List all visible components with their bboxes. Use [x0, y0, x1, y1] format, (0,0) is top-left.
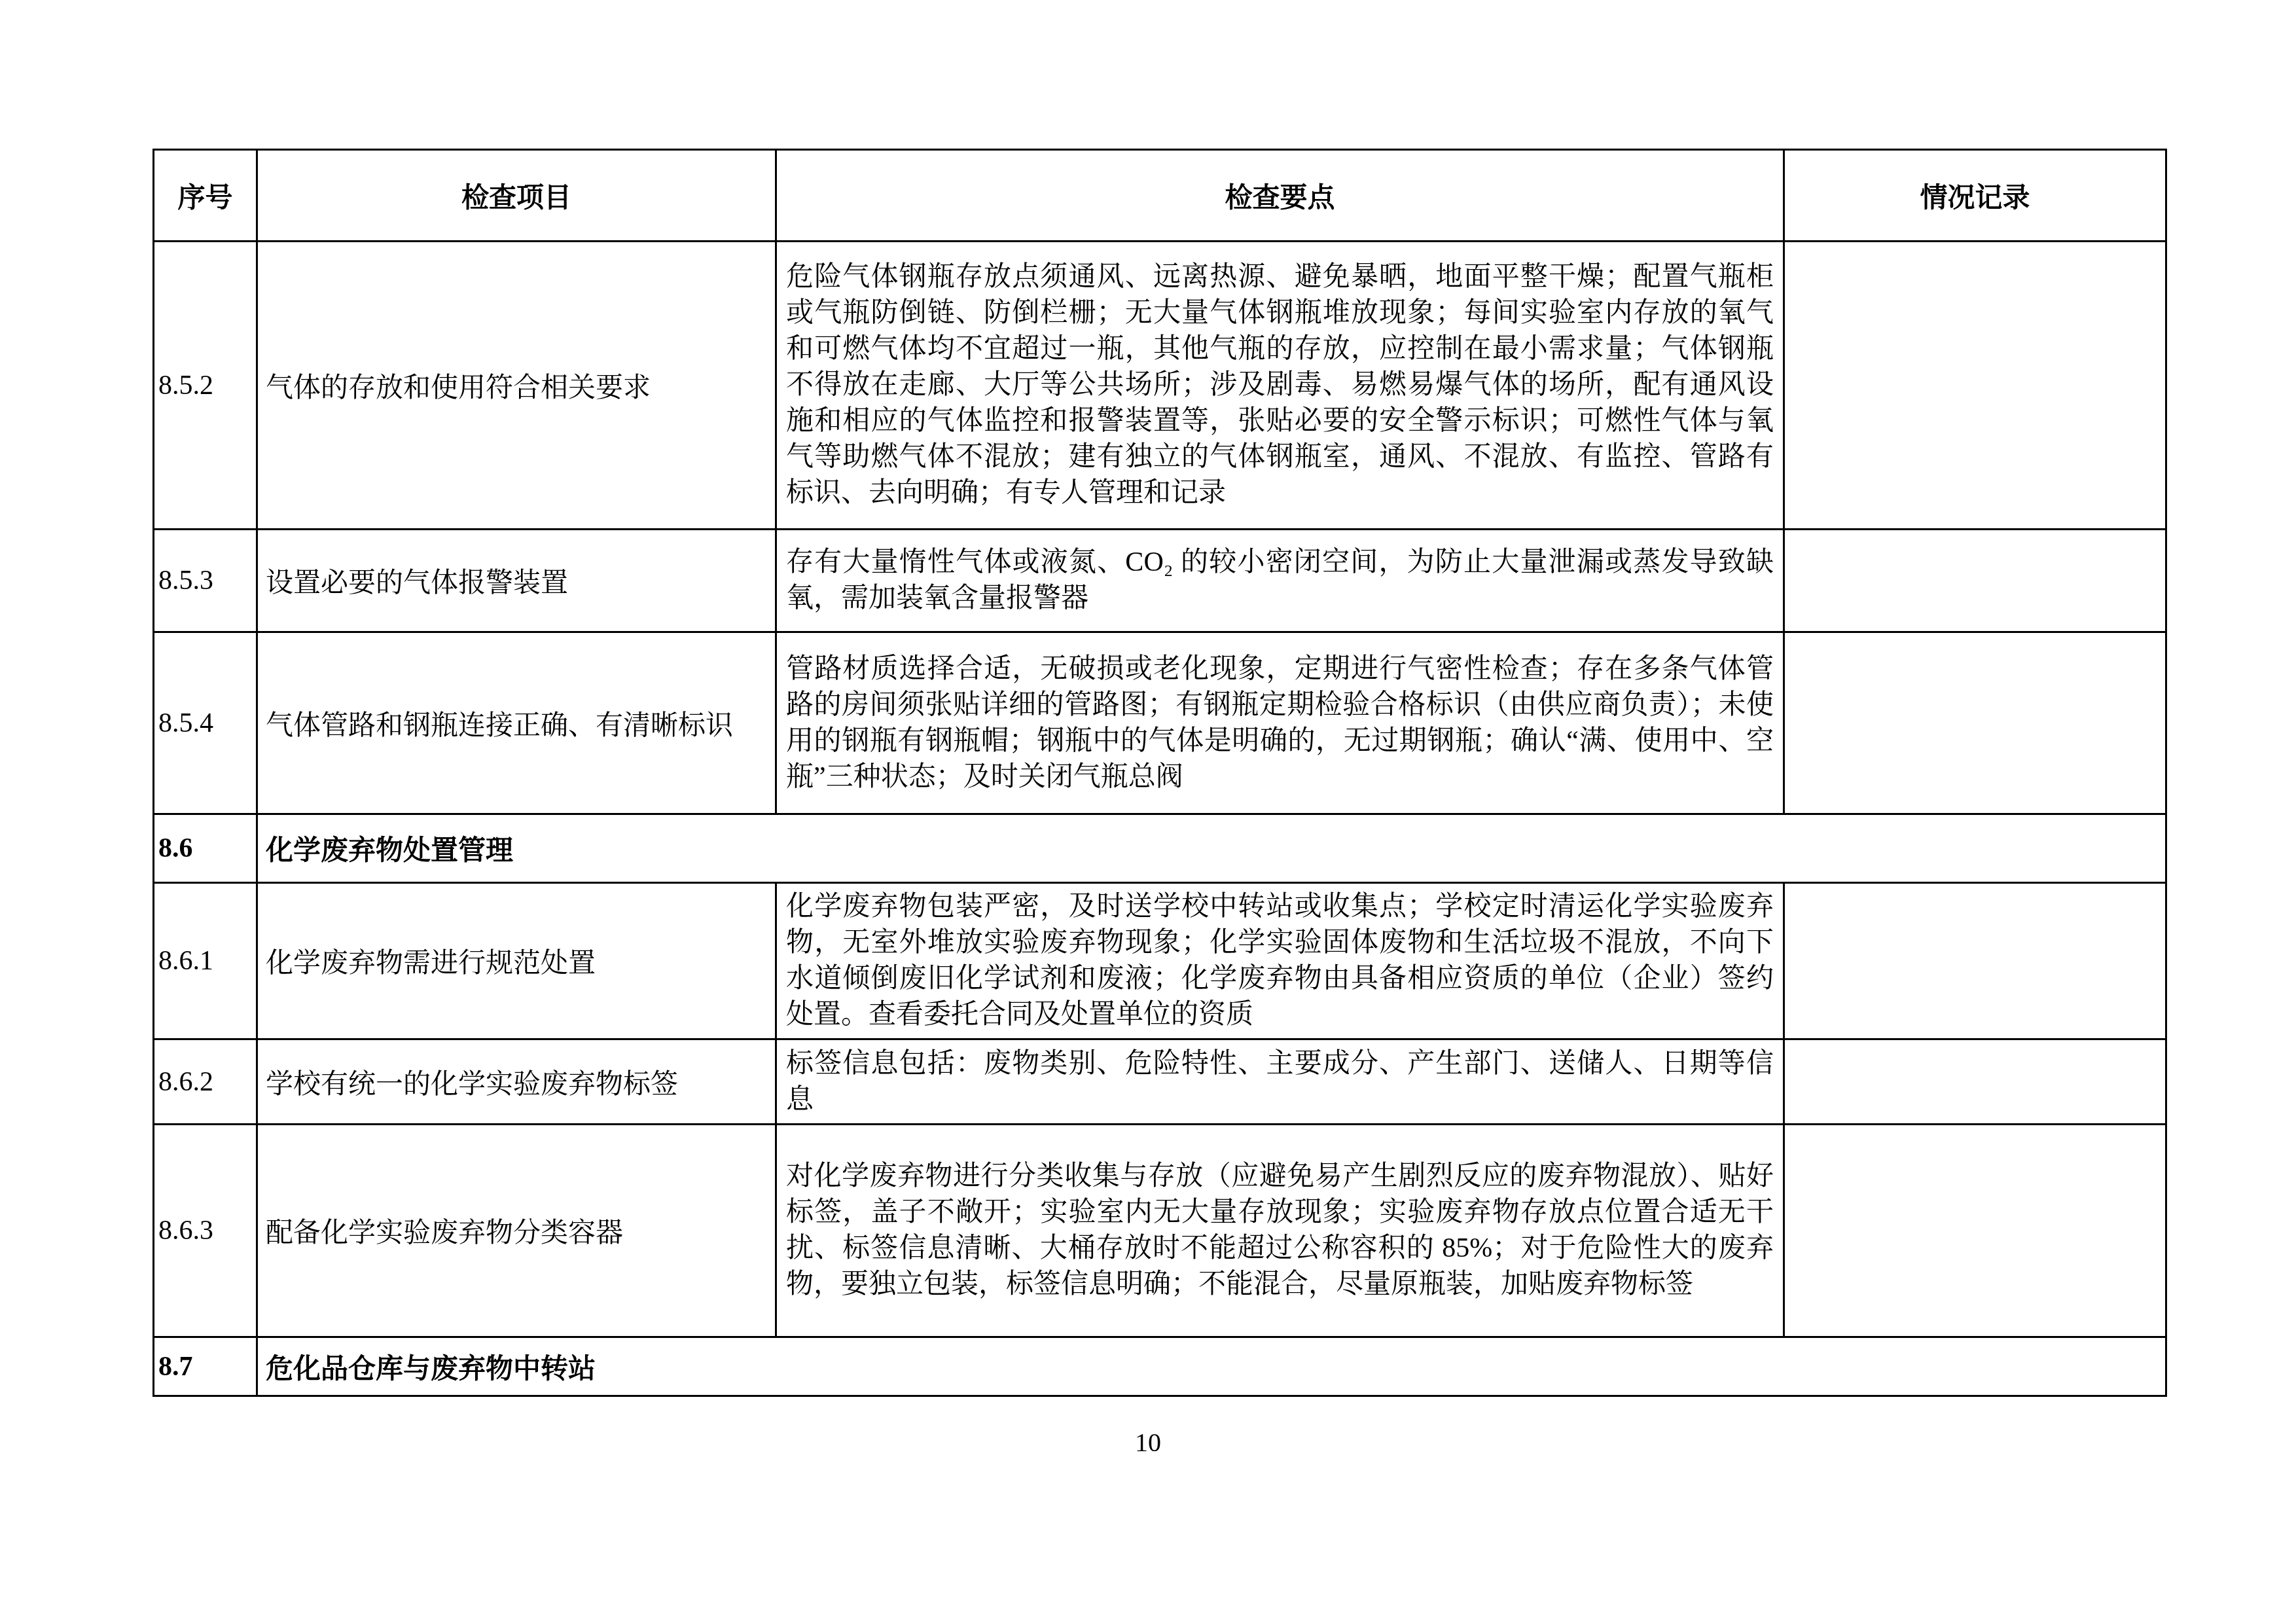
table-row: 8.6.3 配备化学实验废弃物分类容器 对化学废弃物进行分类收集与存放（应避免易…: [154, 1125, 2166, 1337]
inspection-points-cell: 标签信息包括：废物类别、危险特性、主要成分、产生部门、送储人、日期等信息: [776, 1039, 1784, 1125]
inspection-item-cell: 化学废弃物需进行规范处置: [257, 883, 776, 1039]
row-id-cell: 8.5.4: [154, 632, 257, 814]
table-row: 8.6.1 化学废弃物需进行规范处置 化学废弃物包装严密，及时送学校中转站或收集…: [154, 883, 2166, 1039]
header-inspection-item: 检查项目: [257, 150, 776, 242]
table-row: 8.5.4 气体管路和钢瓶连接正确、有清晰标识 管路材质选择合适，无破损或老化现…: [154, 632, 2166, 814]
page-number: 10: [0, 1427, 2296, 1458]
header-situation-record: 情况记录: [1784, 150, 2166, 242]
inspection-points-cell: 对化学废弃物进行分类收集与存放（应避免易产生剧烈反应的废弃物混放）、贴好标签，盖…: [776, 1125, 1784, 1337]
inspection-item-cell: 气体的存放和使用符合相关要求: [257, 242, 776, 530]
row-id-cell: 8.6.3: [154, 1125, 257, 1337]
header-inspection-points: 检查要点: [776, 150, 1784, 242]
section-id-cell: 8.7: [154, 1337, 257, 1396]
row-id-cell: 8.6.2: [154, 1039, 257, 1125]
situation-record-cell: [1784, 632, 2166, 814]
inspection-item-cell: 设置必要的气体报警装置: [257, 530, 776, 632]
inspection-item-cell: 配备化学实验废弃物分类容器: [257, 1125, 776, 1337]
header-serial-number: 序号: [154, 150, 257, 242]
situation-record-cell: [1784, 242, 2166, 530]
document-page: 序号 检查项目 检查要点 情况记录 8.5.2 气体的存放和使用符合相关要求 危…: [0, 0, 2296, 1624]
inspection-item-cell: 学校有统一的化学实验废弃物标签: [257, 1039, 776, 1125]
section-id-cell: 8.6: [154, 814, 257, 883]
row-id-cell: 8.5.2: [154, 242, 257, 530]
table-row: 8.6.2 学校有统一的化学实验废弃物标签 标签信息包括：废物类别、危险特性、主…: [154, 1039, 2166, 1125]
table-header-row: 序号 检查项目 检查要点 情况记录: [154, 150, 2166, 242]
row-id-cell: 8.6.1: [154, 883, 257, 1039]
situation-record-cell: [1784, 1039, 2166, 1125]
inspection-checklist-table: 序号 检查项目 检查要点 情况记录 8.5.2 气体的存放和使用符合相关要求 危…: [152, 149, 2167, 1397]
section-row: 8.7 危化品仓库与废弃物中转站: [154, 1337, 2166, 1396]
inspection-item-cell: 气体管路和钢瓶连接正确、有清晰标识: [257, 632, 776, 814]
inspection-points-cell: 存有大量惰性气体或液氮、CO₂ 的较小密闭空间，为防止大量泄漏或蒸发导致缺氧，需…: [776, 530, 1784, 632]
situation-record-cell: [1784, 530, 2166, 632]
table-row: 8.5.2 气体的存放和使用符合相关要求 危险气体钢瓶存放点须通风、远离热源、避…: [154, 242, 2166, 530]
inspection-points-cell: 危险气体钢瓶存放点须通风、远离热源、避免暴晒，地面平整干燥；配置气瓶柜或气瓶防倒…: [776, 242, 1784, 530]
section-title-cell: 化学废弃物处置管理: [257, 814, 2166, 883]
situation-record-cell: [1784, 1125, 2166, 1337]
section-row: 8.6 化学废弃物处置管理: [154, 814, 2166, 883]
section-title-cell: 危化品仓库与废弃物中转站: [257, 1337, 2166, 1396]
row-id-cell: 8.5.3: [154, 530, 257, 632]
inspection-points-cell: 管路材质选择合适，无破损或老化现象，定期进行气密性检查；存在多条气体管路的房间须…: [776, 632, 1784, 814]
situation-record-cell: [1784, 883, 2166, 1039]
table-row: 8.5.3 设置必要的气体报警装置 存有大量惰性气体或液氮、CO₂ 的较小密闭空…: [154, 530, 2166, 632]
inspection-points-cell: 化学废弃物包装严密，及时送学校中转站或收集点；学校定时清运化学实验废弃物，无室外…: [776, 883, 1784, 1039]
